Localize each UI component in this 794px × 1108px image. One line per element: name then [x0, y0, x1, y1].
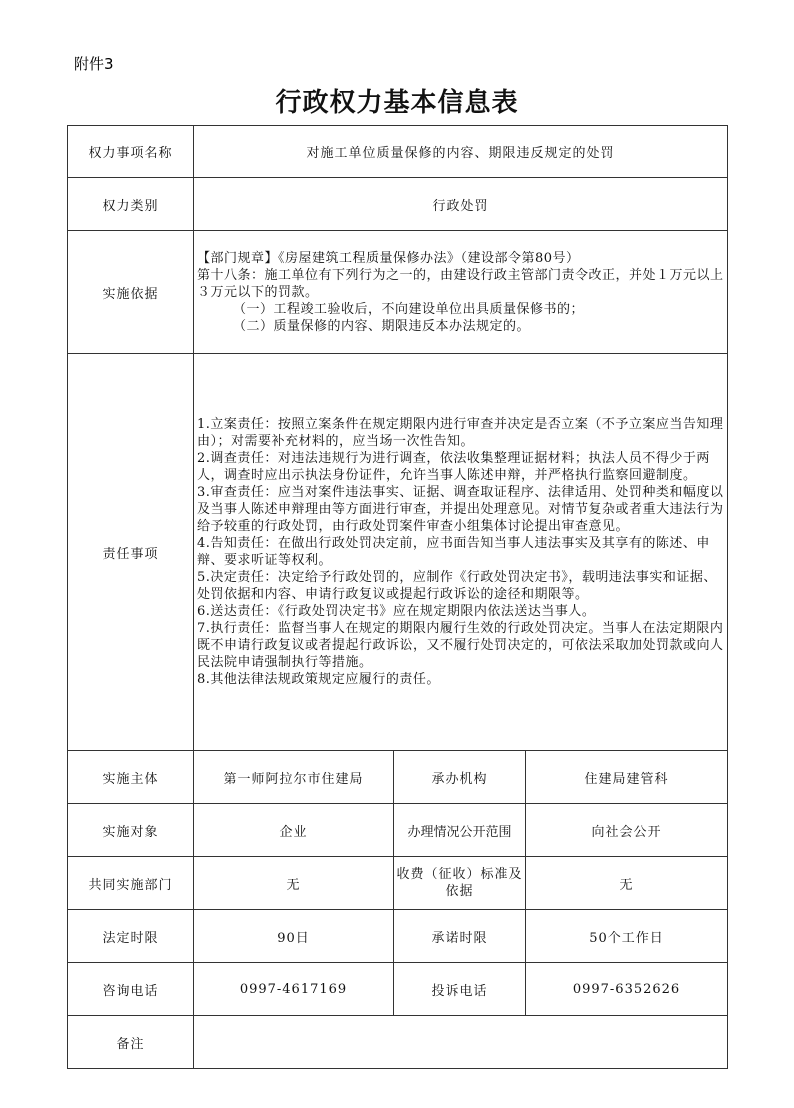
duty-item: 5.决定责任：决定给予行政处罚的，应制作《行政处罚决定书》，载明违法事实和证据、… — [197, 569, 724, 603]
complaint-phone-value: 0997-6352626 — [526, 963, 728, 1016]
row-subject: 实施主体 第一师阿拉尔市住建局 承办机构 住建局建管科 — [68, 751, 728, 804]
duties-value: 1.立案责任：按照立案条件在规定期限内进行审查并决定是否立案（不予立案应当告知理… — [194, 354, 728, 751]
duty-item: 3.审查责任：应当对案件违法事实、证据、调查取证程序、法律适用、处罚种类和幅度以… — [197, 484, 724, 535]
remarks-value — [194, 1016, 728, 1069]
power-type-label: 权力类别 — [68, 178, 194, 231]
row-time-limit: 法定时限 90日 承诺时限 50个工作日 — [68, 910, 728, 963]
subject-value: 第一师阿拉尔市住建局 — [194, 751, 394, 804]
power-type-value: 行政处罚 — [194, 178, 728, 231]
remarks-label: 备注 — [68, 1016, 194, 1069]
promised-limit-value: 50个工作日 — [526, 910, 728, 963]
duty-item: 1.立案责任：按照立案条件在规定期限内进行审查并决定是否立案（不予立案应当告知理… — [197, 416, 724, 450]
agency-label: 承办机构 — [394, 751, 526, 804]
fee-value: 无 — [526, 857, 728, 910]
power-info-table: 权力事项名称 对施工单位质量保修的内容、期限违反规定的处罚 权力类别 行政处罚 … — [67, 125, 728, 1069]
row-power-name: 权力事项名称 对施工单位质量保修的内容、期限违反规定的处罚 — [68, 126, 728, 178]
duties-label: 责任事项 — [68, 354, 194, 751]
row-duties: 责任事项 1.立案责任：按照立案条件在规定期限内进行审查并决定是否立案（不予立案… — [68, 354, 728, 751]
consult-phone-label: 咨询电话 — [68, 963, 194, 1016]
duty-item: 8.其他法律法规政策规定应履行的责任。 — [197, 671, 724, 688]
target-value: 企业 — [194, 804, 394, 857]
consult-phone-value: 0997-4617169 — [194, 963, 394, 1016]
basis-line: 第十八条：施工单位有下列行为之一的，由建设行政主管部门责令改正，并处１万元以上３… — [197, 267, 724, 301]
disclosure-label: 办理情况公开范围 — [394, 804, 526, 857]
basis-value: 【部门规章】《房屋建筑工程质量保修办法》（建设部令第80号） 第十八条：施工单位… — [194, 231, 728, 354]
row-phone: 咨询电话 0997-4617169 投诉电话 0997-6352626 — [68, 963, 728, 1016]
joint-dept-value: 无 — [194, 857, 394, 910]
legal-limit-value: 90日 — [194, 910, 394, 963]
row-remarks: 备注 — [68, 1016, 728, 1069]
joint-dept-label: 共同实施部门 — [68, 857, 194, 910]
attachment-label: 附件3 — [74, 53, 114, 74]
disclosure-value: 向社会公开 — [526, 804, 728, 857]
row-power-type: 权力类别 行政处罚 — [68, 178, 728, 231]
subject-label: 实施主体 — [68, 751, 194, 804]
fee-label: 收费（征收）标准及依据 — [394, 857, 526, 910]
row-target: 实施对象 企业 办理情况公开范围 向社会公开 — [68, 804, 728, 857]
duty-item: 4.告知责任：在做出行政处罚决定前，应书面告知当事人违法事实及其享有的陈述、申辩… — [197, 535, 724, 569]
row-joint-dept: 共同实施部门 无 收费（征收）标准及依据 无 — [68, 857, 728, 910]
page-title: 行政权力基本信息表 — [0, 82, 794, 119]
duty-item: 6.送达责任：《行政处罚决定书》应在规定期限内依法送达当事人。 — [197, 603, 724, 620]
basis-line: （一）工程竣工验收后，不向建设单位出具质量保修书的； — [197, 301, 724, 318]
row-basis: 实施依据 【部门规章】《房屋建筑工程质量保修办法》（建设部令第80号） 第十八条… — [68, 231, 728, 354]
basis-line: 【部门规章】《房屋建筑工程质量保修办法》（建设部令第80号） — [197, 250, 724, 267]
promised-limit-label: 承诺时限 — [394, 910, 526, 963]
agency-value: 住建局建管科 — [526, 751, 728, 804]
target-label: 实施对象 — [68, 804, 194, 857]
power-name-label: 权力事项名称 — [68, 126, 194, 178]
complaint-phone-label: 投诉电话 — [394, 963, 526, 1016]
duty-item: 2.调查责任：对违法违规行为进行调查，依法收集整理证据材料；执法人员不得少于两人… — [197, 450, 724, 484]
legal-limit-label: 法定时限 — [68, 910, 194, 963]
basis-label: 实施依据 — [68, 231, 194, 354]
duty-item: 7.执行责任：监督当事人在规定的期限内履行生效的行政处罚决定。当事人在法定期限内… — [197, 620, 724, 671]
power-name-value: 对施工单位质量保修的内容、期限违反规定的处罚 — [194, 126, 728, 178]
basis-line: （二）质量保修的内容、期限违反本办法规定的。 — [197, 318, 724, 335]
